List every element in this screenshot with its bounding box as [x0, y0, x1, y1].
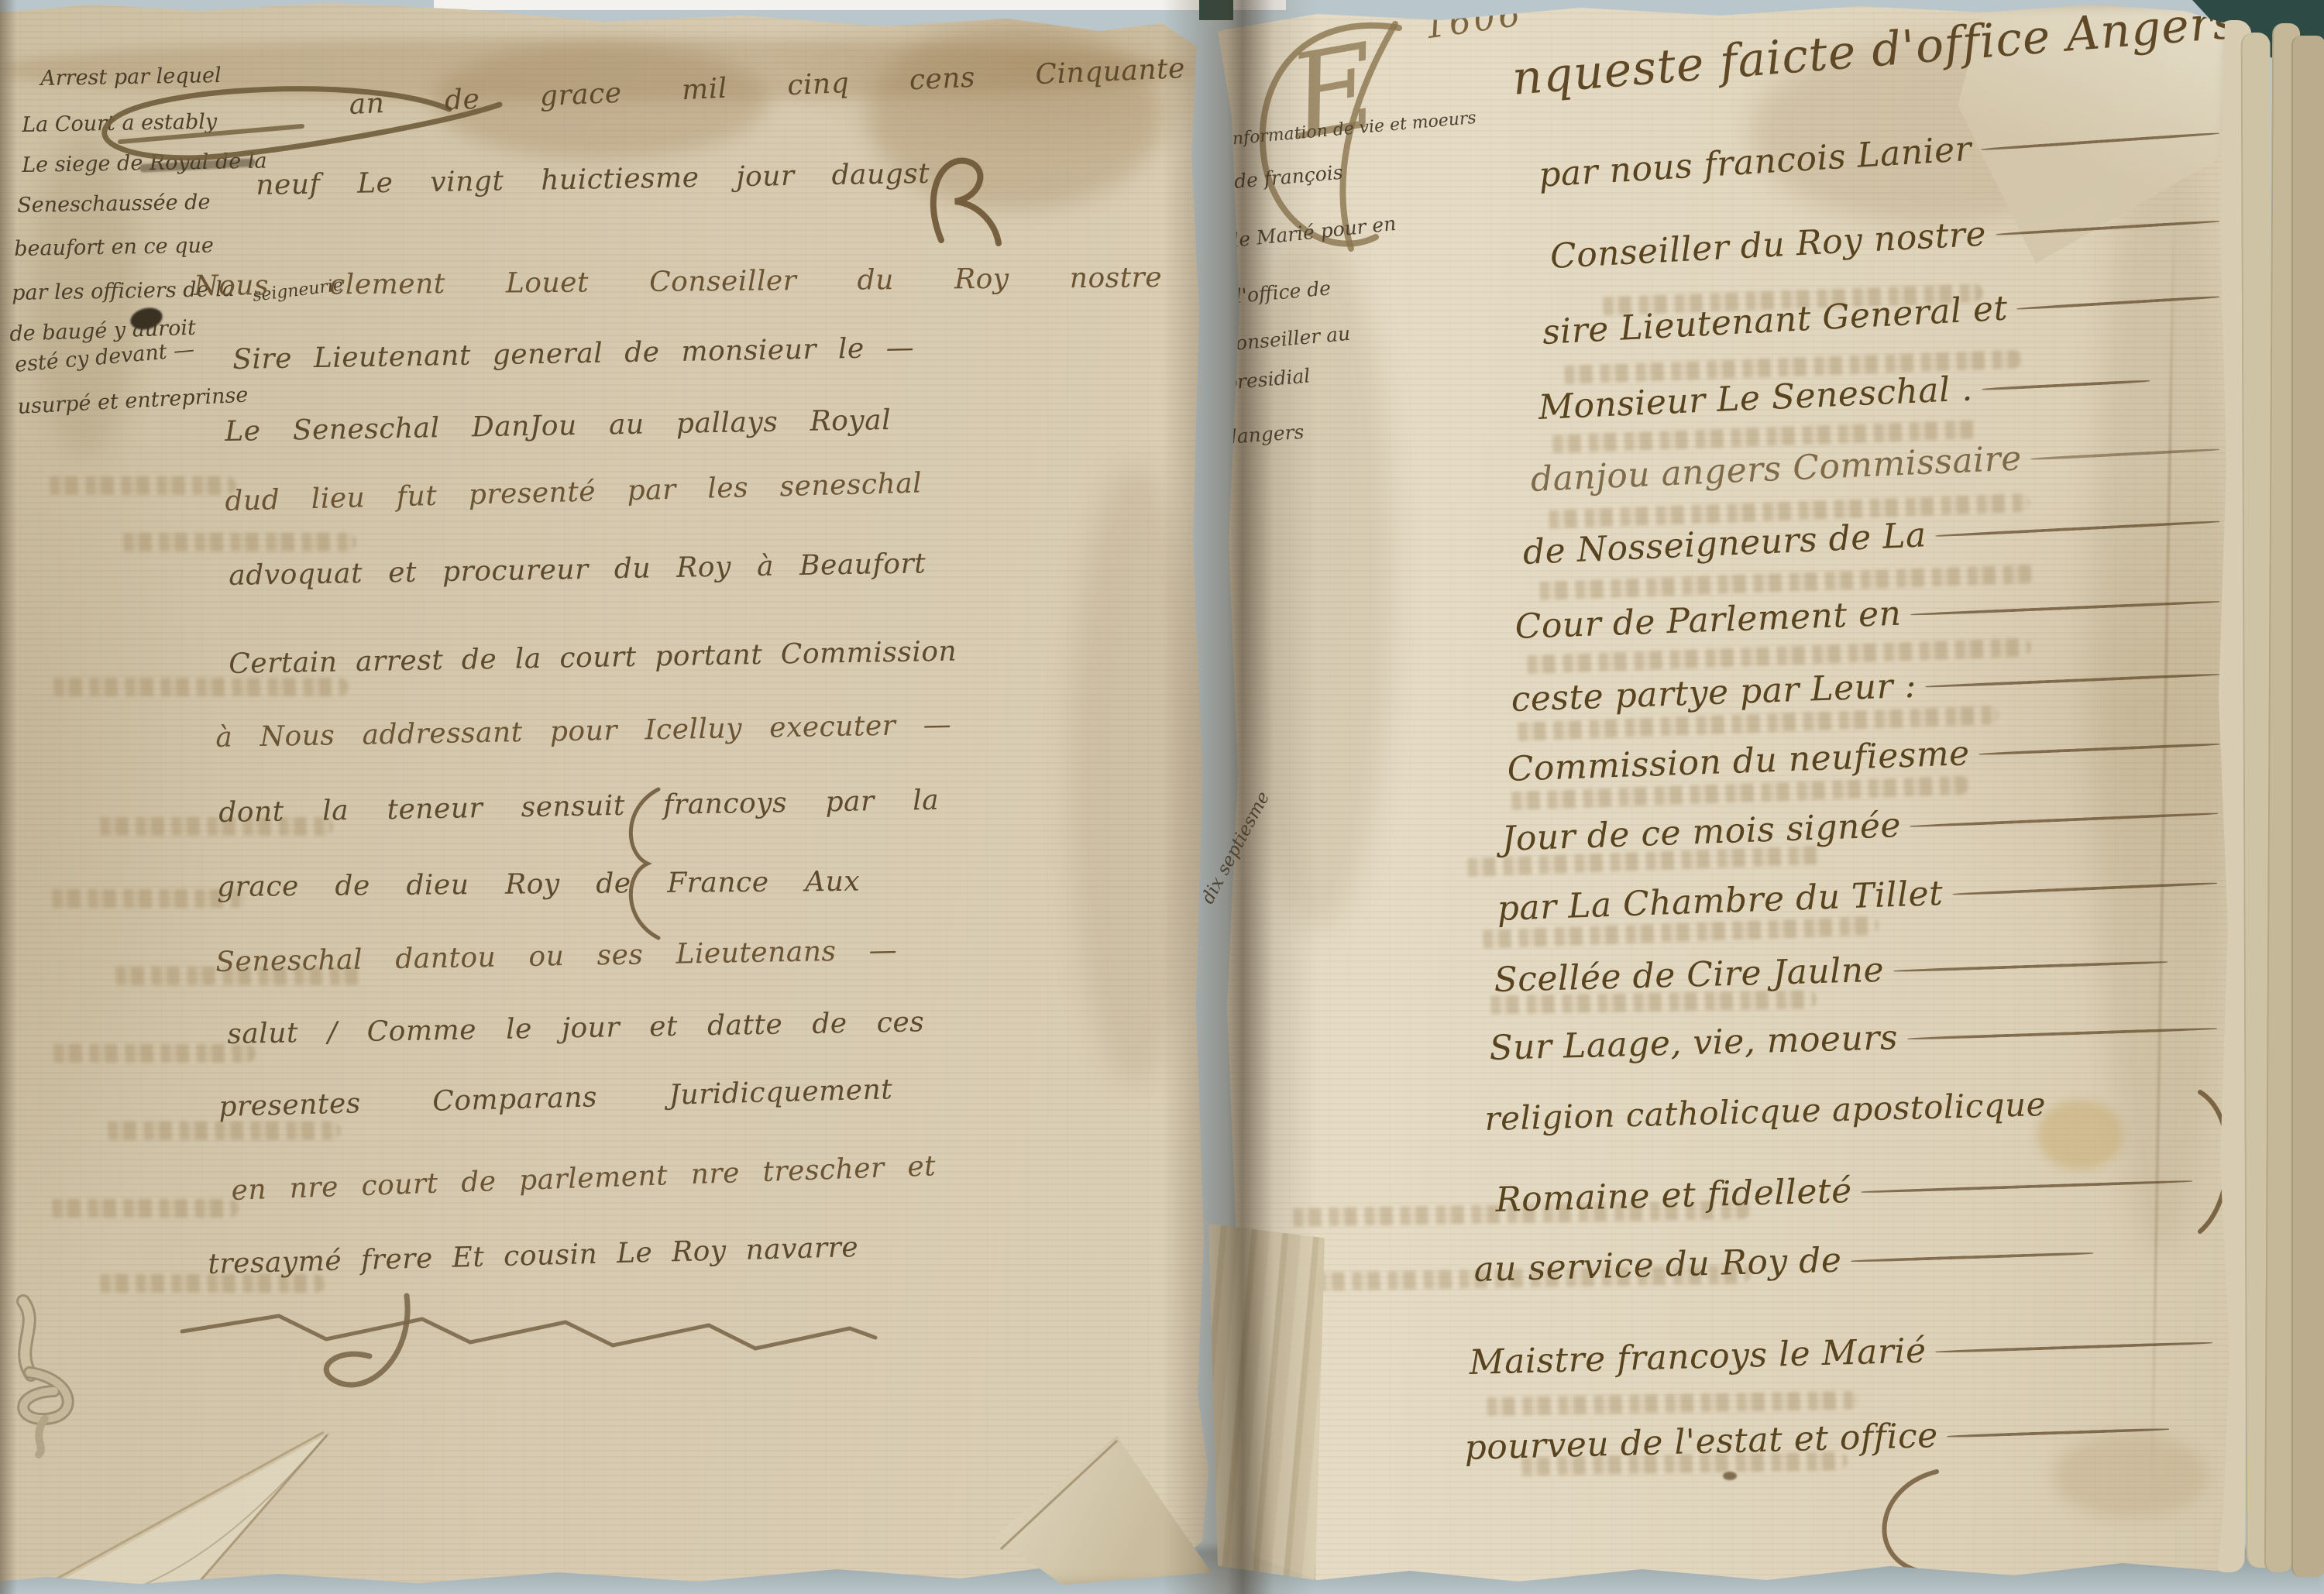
- line-filler-dash: [1862, 1180, 2193, 1194]
- manuscript-line: grace de dieu Roy de France Aux: [217, 868, 860, 902]
- line-filler-dash: [1952, 881, 2217, 895]
- manuscript-scan: Arrest par lequel La Court a estably Le …: [0, 0, 2324, 1594]
- line-filler-dash: [1907, 1027, 2217, 1040]
- margin-note-line: de françois: [1233, 163, 1343, 191]
- line-text: danjou angers Commissaire: [1530, 441, 2023, 497]
- margin-note-line: La Court a estably: [22, 112, 217, 136]
- line-filler-dash: [2017, 295, 2219, 311]
- line-filler-dash: [1981, 132, 2219, 151]
- line-text: Scellée de Cire Jaulne: [1494, 953, 1885, 998]
- line-filler-dash: [1851, 1252, 2093, 1262]
- line-filler-dash: [2031, 448, 2220, 460]
- line-text: pourveu de l'estat et office: [1464, 1419, 1938, 1465]
- manuscript-line: presentes Comparans Juridicquement: [218, 1076, 893, 1122]
- manuscript-line: neuf Le vingt huictiesme jour daugst: [256, 160, 930, 200]
- line-text: par nous francois Lanier: [1538, 132, 1972, 193]
- line-filler-dash: [1910, 600, 2219, 617]
- line-text: par La Chambre du Tillet: [1497, 877, 1944, 926]
- line-text: Cour de Parlement en: [1514, 597, 1902, 644]
- bleedthrough-mark: [101, 1122, 341, 1140]
- paraph-flourish: [918, 147, 1003, 248]
- margin-note-line: l'office de: [1235, 278, 1332, 306]
- closing-flourish: [1844, 1464, 1952, 1580]
- margin-note-line: Seneschaussée de: [17, 192, 211, 216]
- bleedthrough-mark: [43, 476, 236, 495]
- manuscript-line: Commission du neufiesme: [1507, 728, 2220, 787]
- bleedthrough-mark: [116, 533, 356, 551]
- margin-note-line: conseiller au: [1224, 324, 1351, 354]
- manuscript-line: Scellée de Cire Jaulne: [1494, 946, 2168, 998]
- line-text: sire Lieutenant General et: [1542, 292, 2009, 350]
- manuscript-line: Maistre francoys le Marié: [1469, 1327, 2213, 1380]
- bleedthrough-mark: [45, 889, 246, 908]
- manuscript-line: pourveu de l'estat et office: [1464, 1413, 2170, 1465]
- line-text: Maistre francoys le Marié: [1469, 1335, 1927, 1380]
- manuscript-line: ceste partye par Leur :: [1511, 658, 2220, 717]
- scanner-teal-notch: [1199, 0, 1233, 20]
- manuscript-line: dud lieu fut presenté par les seneschal: [225, 469, 923, 516]
- line-text: Commission du neufiesme: [1507, 737, 1970, 787]
- line-text: au service du Roy de: [1473, 1244, 1842, 1287]
- paper-stain: [1069, 465, 1201, 1084]
- line-text: ceste partye par Leur :: [1511, 669, 1917, 717]
- bleedthrough-mark: [1480, 1391, 1859, 1417]
- manuscript-line: Sur Laage, vie, moeurs: [1489, 1012, 2218, 1066]
- line-text: Jour de ce mois signée: [1501, 809, 1902, 857]
- manuscript-line: en nre court de parlement nre trescher e…: [231, 1153, 937, 1205]
- page-stack-edge: [2291, 36, 2324, 1577]
- manuscript-line: Seneschal dantou ou ses Lieutenans —: [215, 937, 897, 977]
- margin-note-line: usurpé et entreprinse: [17, 384, 249, 417]
- margin-note-line: le Marié pour en: [1232, 214, 1397, 250]
- line-filler-dash: [1893, 960, 2168, 973]
- manuscript-line: danjou angers Commissaire: [1530, 433, 2220, 497]
- manuscript-line: à Nous addressant pour Icelluy executer …: [215, 711, 951, 752]
- manuscript-line: Monsieur Le Seneschal .: [1538, 365, 2150, 425]
- year-label: 1606: [1422, 0, 1525, 45]
- manuscript-line: religion catholicque apostolicque: [1484, 1084, 2221, 1135]
- fold-crease: [2150, 201, 2175, 1503]
- manuscript-line: Jour de ce mois signée: [1501, 798, 2219, 857]
- bleedthrough-mark: [46, 1044, 256, 1063]
- line-filler-dash: [1982, 380, 2150, 391]
- manuscript-line: tresaymé frere Et cousin Le Roy navarre: [208, 1234, 859, 1279]
- manuscript-line: salut / Comme le jour et datte de ces: [227, 1008, 924, 1049]
- line-filler-dash: [1910, 812, 2218, 828]
- manuscript-line: par La Chambre du Tillet: [1497, 867, 2218, 926]
- manuscript-line: dont la teneur sensuit francoys par la: [218, 787, 939, 827]
- margin-note-line: Arrest par lequel: [40, 65, 222, 89]
- line-filler-dash: [1936, 1342, 2213, 1354]
- line-filler-dash: [1935, 520, 2219, 538]
- line-filler-dash: [1979, 743, 2220, 756]
- line-text: de Nosseigneurs de La: [1522, 518, 1927, 570]
- line-text: Conseiller du Roy nostre: [1549, 218, 1987, 274]
- manuscript-line: advoquat et procureur du Roy à Beaufort: [229, 550, 926, 590]
- line-text: Monsieur Le Seneschal .: [1538, 373, 1973, 425]
- bleedthrough-mark: [46, 678, 349, 696]
- line-filler-dash: [1926, 673, 2219, 689]
- margin-note-line: dangers: [1224, 422, 1305, 447]
- scanner-white-sliver: [434, 0, 1286, 10]
- manuscript-line: an de grace mil cinq cens Cinquante: [349, 55, 1186, 119]
- manuscript-line: Nous clement Louet Conseiller du Roy nos…: [194, 264, 1162, 301]
- manuscript-line: de Nosseigneurs de La: [1522, 506, 2220, 570]
- manuscript-line: Conseiller du Roy nostre: [1549, 205, 2220, 274]
- manuscript-line: Romaine et fidelleté: [1495, 1165, 2193, 1218]
- line-text: Romaine et fidelleté: [1495, 1174, 1852, 1218]
- crease-lines: [15, 1421, 349, 1594]
- line-filler-dash: [1948, 1427, 2170, 1438]
- ink-fleck: [1723, 1472, 1737, 1480]
- line-text: Sur Laage, vie, moeurs: [1489, 1021, 1898, 1066]
- line-filler-dash: [1996, 220, 2219, 236]
- bleedthrough-mark: [45, 1199, 239, 1218]
- manuscript-line: Sire Lieutenant general de monsieur le —: [232, 335, 914, 374]
- manuscript-line: au service du Roy de: [1473, 1237, 2094, 1287]
- manuscript-line: Le Seneschal DanJou au pallays Royal: [225, 407, 891, 446]
- margin-note-line: presidial: [1224, 366, 1311, 393]
- manuscript-line: Certain arrest de la court portant Commi…: [229, 638, 957, 678]
- manuscript-line: sire Lieutenant General et: [1542, 280, 2220, 350]
- manuscript-line: Cour de Parlement en: [1514, 586, 2220, 644]
- closing-flourish: [174, 1282, 887, 1406]
- crumpled-gutter-paper: [1208, 1224, 1325, 1580]
- line-text: religion catholicque apostolicque: [1484, 1088, 2047, 1135]
- margin-note-line: beaufort en ce que: [14, 235, 214, 259]
